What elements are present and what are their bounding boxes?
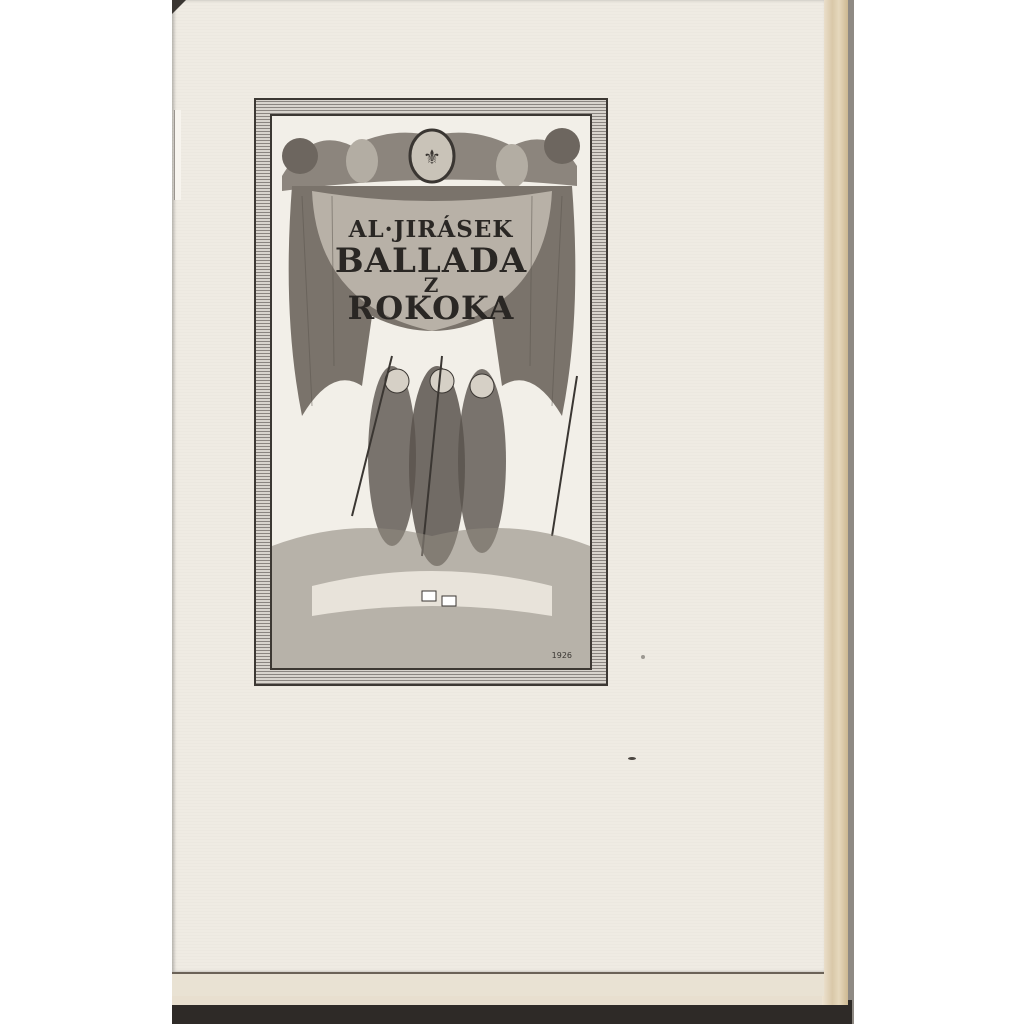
svg-text:⚜: ⚜ xyxy=(423,145,441,169)
cherub-left xyxy=(346,139,378,183)
playing-card xyxy=(442,596,456,606)
page-tab xyxy=(174,110,181,200)
author-name: AL·JIRÁSEK xyxy=(272,216,590,243)
book-subtitle: ROKOKA xyxy=(272,289,590,327)
ink-speck xyxy=(641,655,645,659)
page-bottom-edge xyxy=(172,972,824,996)
engraving-illustration: ⚜ xyxy=(272,116,590,668)
page-stack-edge xyxy=(822,0,848,1005)
engraving-year: 1926 xyxy=(552,651,572,660)
engraving: ⚜ xyxy=(270,114,592,670)
ink-speck xyxy=(628,757,636,760)
cherub-right xyxy=(496,144,528,188)
title-plate: ⚜ xyxy=(254,98,608,686)
corner-shadow xyxy=(172,0,186,14)
title-block: AL·JIRÁSEK BALLADA Z ROKOKA xyxy=(272,216,590,327)
playing-card xyxy=(422,591,436,601)
